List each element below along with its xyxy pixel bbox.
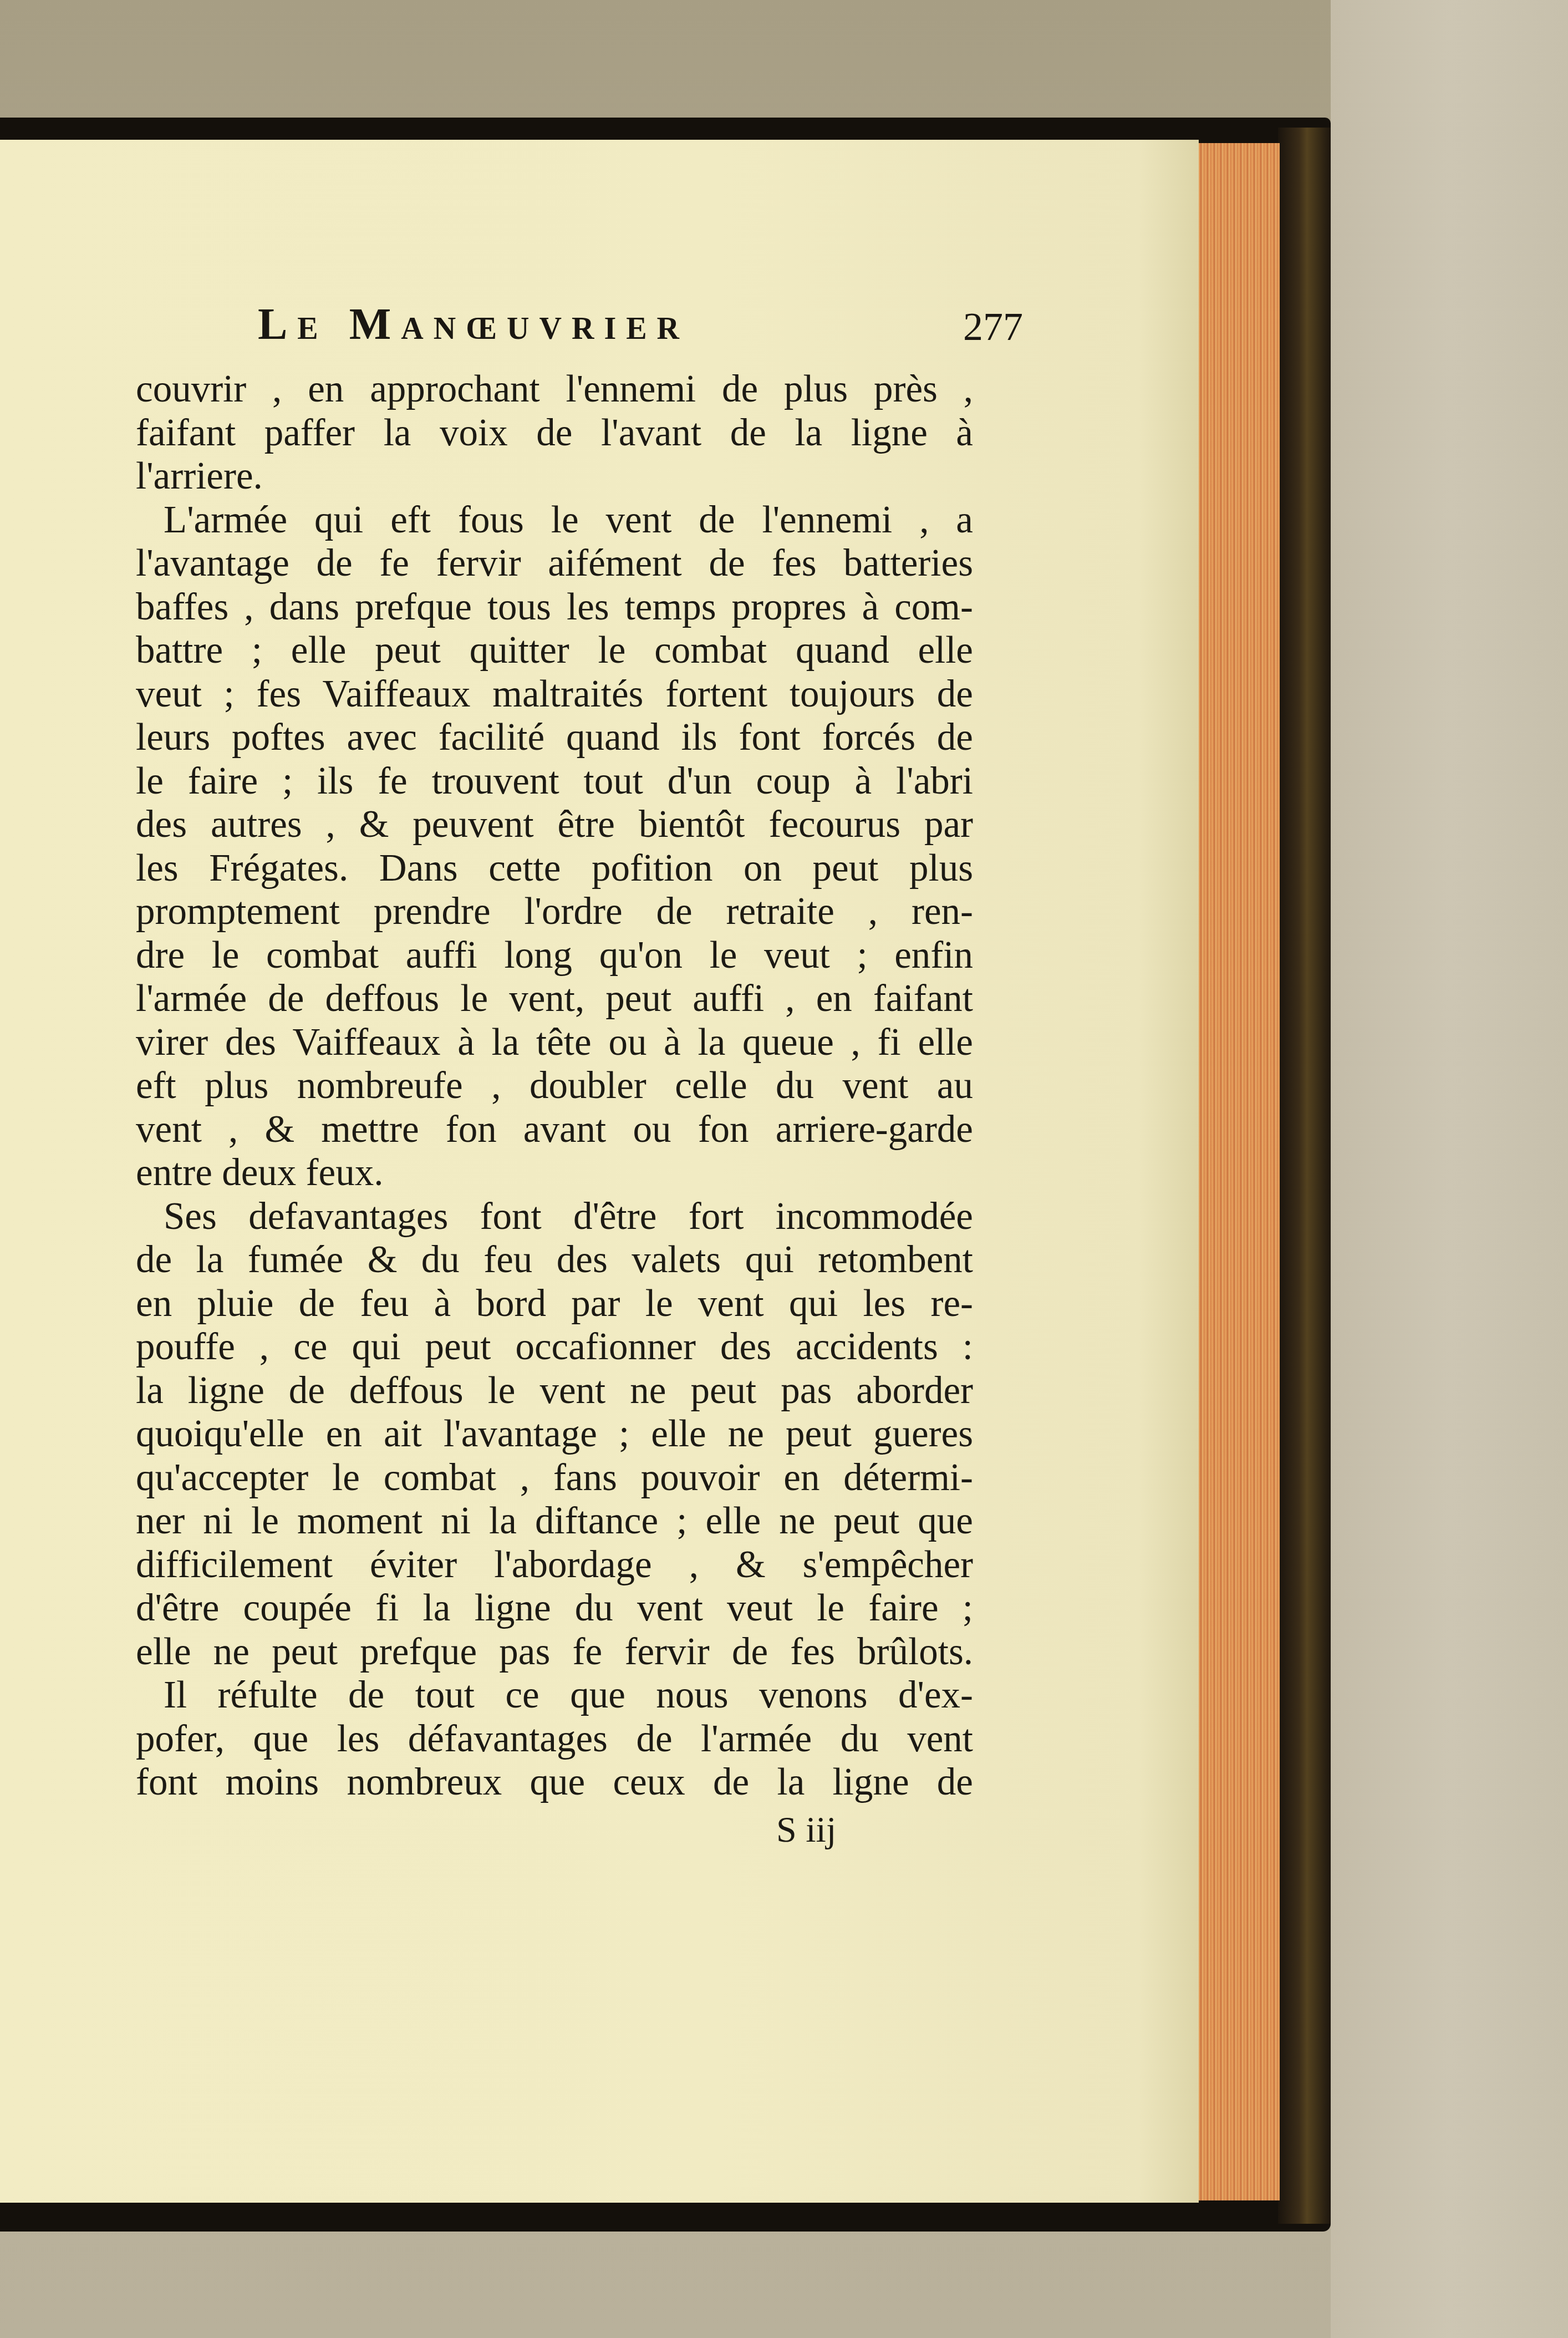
page-number: 277 <box>963 304 1023 350</box>
text-line: font moins nombreux que ceux de la ligne… <box>136 1760 973 1804</box>
text-line: des autres , & peuvent être bientôt feco… <box>136 802 973 846</box>
signature-mark: S iij <box>776 1809 836 1851</box>
text-line: Il réfulte de tout ce que nous venons d'… <box>136 1673 973 1717</box>
text-line: couvrir , en approchant l'ennemi de plus… <box>136 367 973 411</box>
text-line: baffes , dans prefque tous les temps pro… <box>136 585 973 629</box>
text-line: Ses defavantages font d'être fort incomm… <box>136 1195 973 1238</box>
text-line: vent , & mettre fon avant ou fon arriere… <box>136 1107 973 1151</box>
text-line: entre deux feux. <box>136 1151 973 1195</box>
text-line: ner ni le moment ni la diftance ; elle n… <box>136 1499 973 1543</box>
text-line: la ligne de deffous le vent ne peut pas … <box>136 1369 973 1412</box>
gilt-fore-edge <box>1198 143 1280 2200</box>
text-line: l'armée de deffous le vent, peut auffi ,… <box>136 977 973 1020</box>
text-line: dre le combat auffi long qu'on le veut ;… <box>136 933 973 977</box>
text-line: difficilement éviter l'abordage , & s'em… <box>136 1543 973 1587</box>
background <box>1331 0 1568 2338</box>
text-line: pofer, que les défavantages de l'armée d… <box>136 1717 973 1761</box>
text-line: elle ne peut prefque pas fe fervir de fe… <box>136 1630 973 1674</box>
text-line: le faire ; ils fe trouvent tout d'un cou… <box>136 759 973 803</box>
text-line: l'avantage de fe fervir aifément de fes … <box>136 541 973 585</box>
text-line: leurs poftes avec facilité quand ils fon… <box>136 715 973 759</box>
text-line: pouffe , ce qui peut occafionner des acc… <box>136 1325 973 1369</box>
text-line: eft plus nombreufe , doubler celle du ve… <box>136 1064 973 1107</box>
text-line: battre ; elle peut quitter le combat qua… <box>136 628 973 672</box>
body-text: couvrir , en approchant l'ennemi de plus… <box>136 367 973 1804</box>
text-line: qu'accepter le combat , fans pouvoir en … <box>136 1456 973 1500</box>
running-title: Le Manœuvrier <box>258 299 689 350</box>
text-line: virer des Vaiffeaux à la tête ou à la qu… <box>136 1020 973 1064</box>
text-line: faifant paffer la voix de l'avant de la … <box>136 411 973 455</box>
book-spine-edge <box>1278 128 1331 2224</box>
text-line: quoiqu'elle en ait l'avantage ; elle ne … <box>136 1412 973 1456</box>
text-line: les Frégates. Dans cette pofition on peu… <box>136 846 973 890</box>
text-line: L'armée qui eft fous le vent de l'ennemi… <box>136 498 973 542</box>
page-header: Le Manœuvrier 277 <box>258 299 1023 349</box>
text-line: d'être coupée fi la ligne du vent veut l… <box>136 1586 973 1630</box>
text-line: de la fumée & du feu des valets qui reto… <box>136 1238 973 1282</box>
text-line: veut ; fes Vaiffeaux maltraités fortent … <box>136 672 973 716</box>
text-line: promptement prendre l'ordre de retraite … <box>136 890 973 933</box>
text-line: en pluie de feu à bord par le vent qui l… <box>136 1282 973 1325</box>
text-line: l'arriere. <box>136 454 973 498</box>
